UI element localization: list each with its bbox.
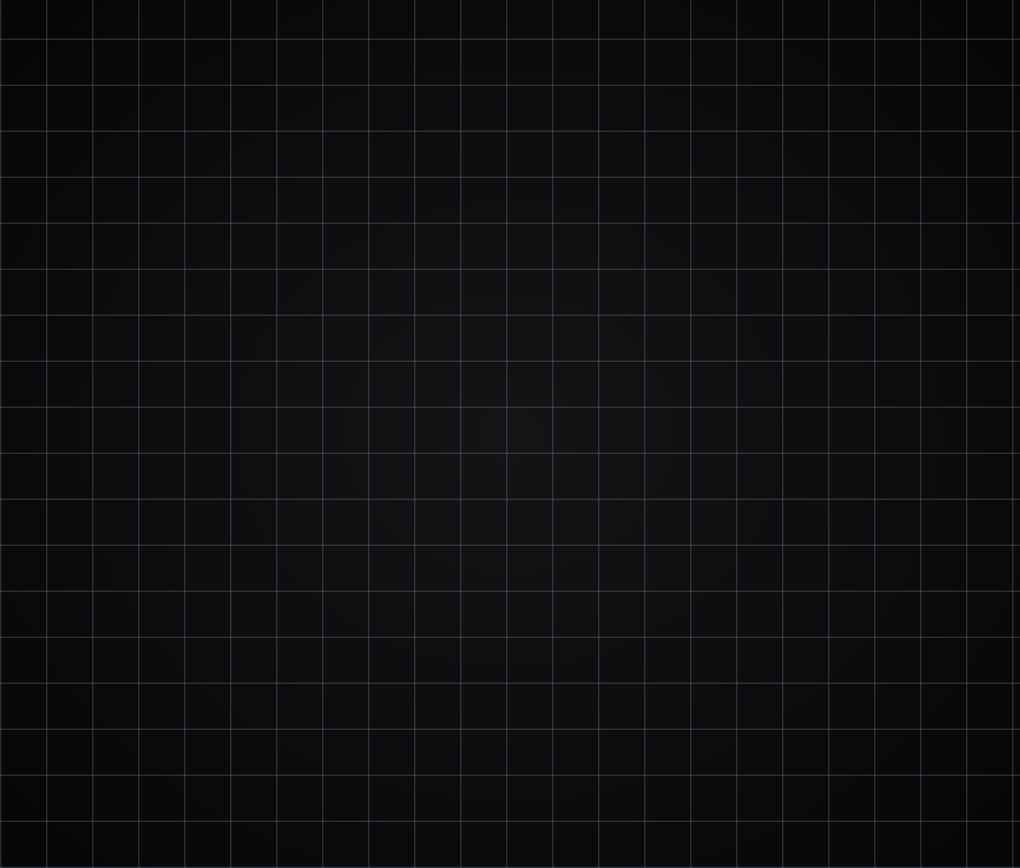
photo-mat: 132 12 Jullian Courtillé filz de Jullien…	[0, 0, 1020, 868]
